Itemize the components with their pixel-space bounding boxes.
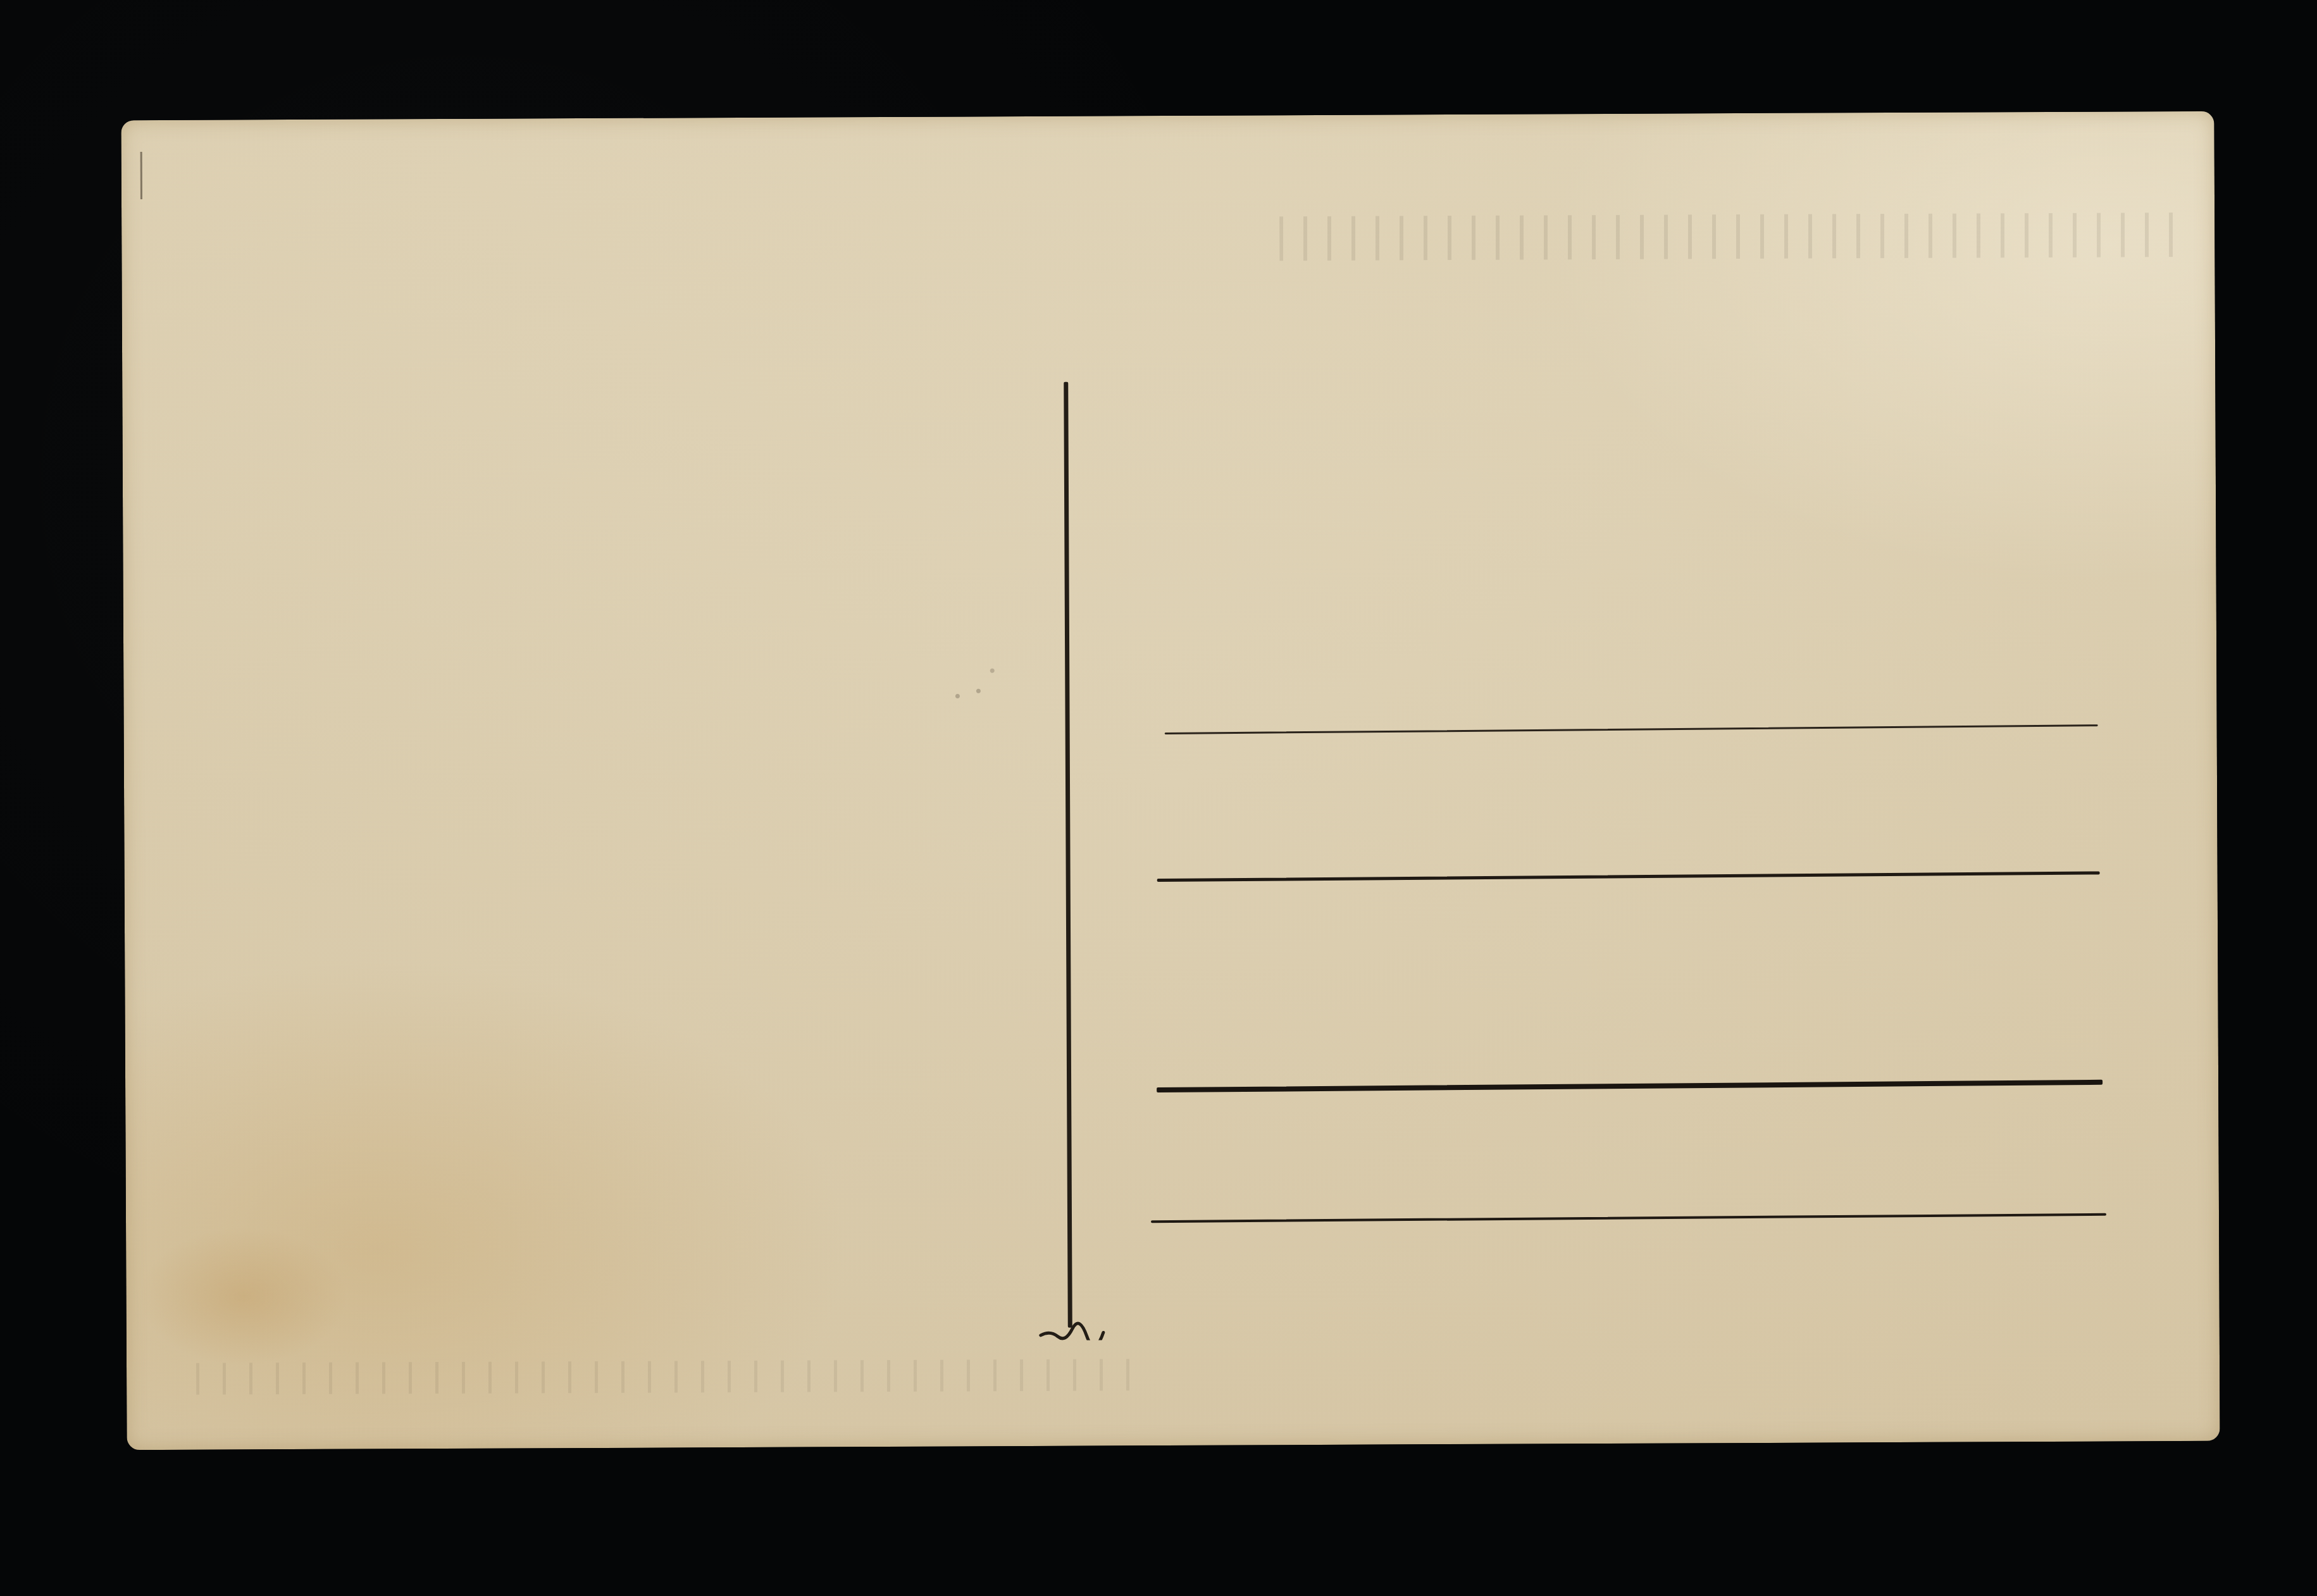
corner-pencil-mark — [140, 152, 142, 199]
address-line-2 — [1157, 871, 2100, 882]
address-line-3 — [1157, 1080, 2103, 1092]
center-divider-line — [1064, 382, 1072, 1328]
faded-header-imprint — [1279, 213, 2178, 261]
faint-ink-smudge — [936, 660, 1006, 711]
age-stain — [139, 1227, 348, 1366]
address-line-1 — [1165, 724, 2098, 734]
postcard-back — [121, 111, 2220, 1450]
divider-flourish-icon — [1038, 1321, 1107, 1340]
address-line-4 — [1151, 1213, 2106, 1223]
faded-bottom-imprint — [196, 1359, 1145, 1395]
